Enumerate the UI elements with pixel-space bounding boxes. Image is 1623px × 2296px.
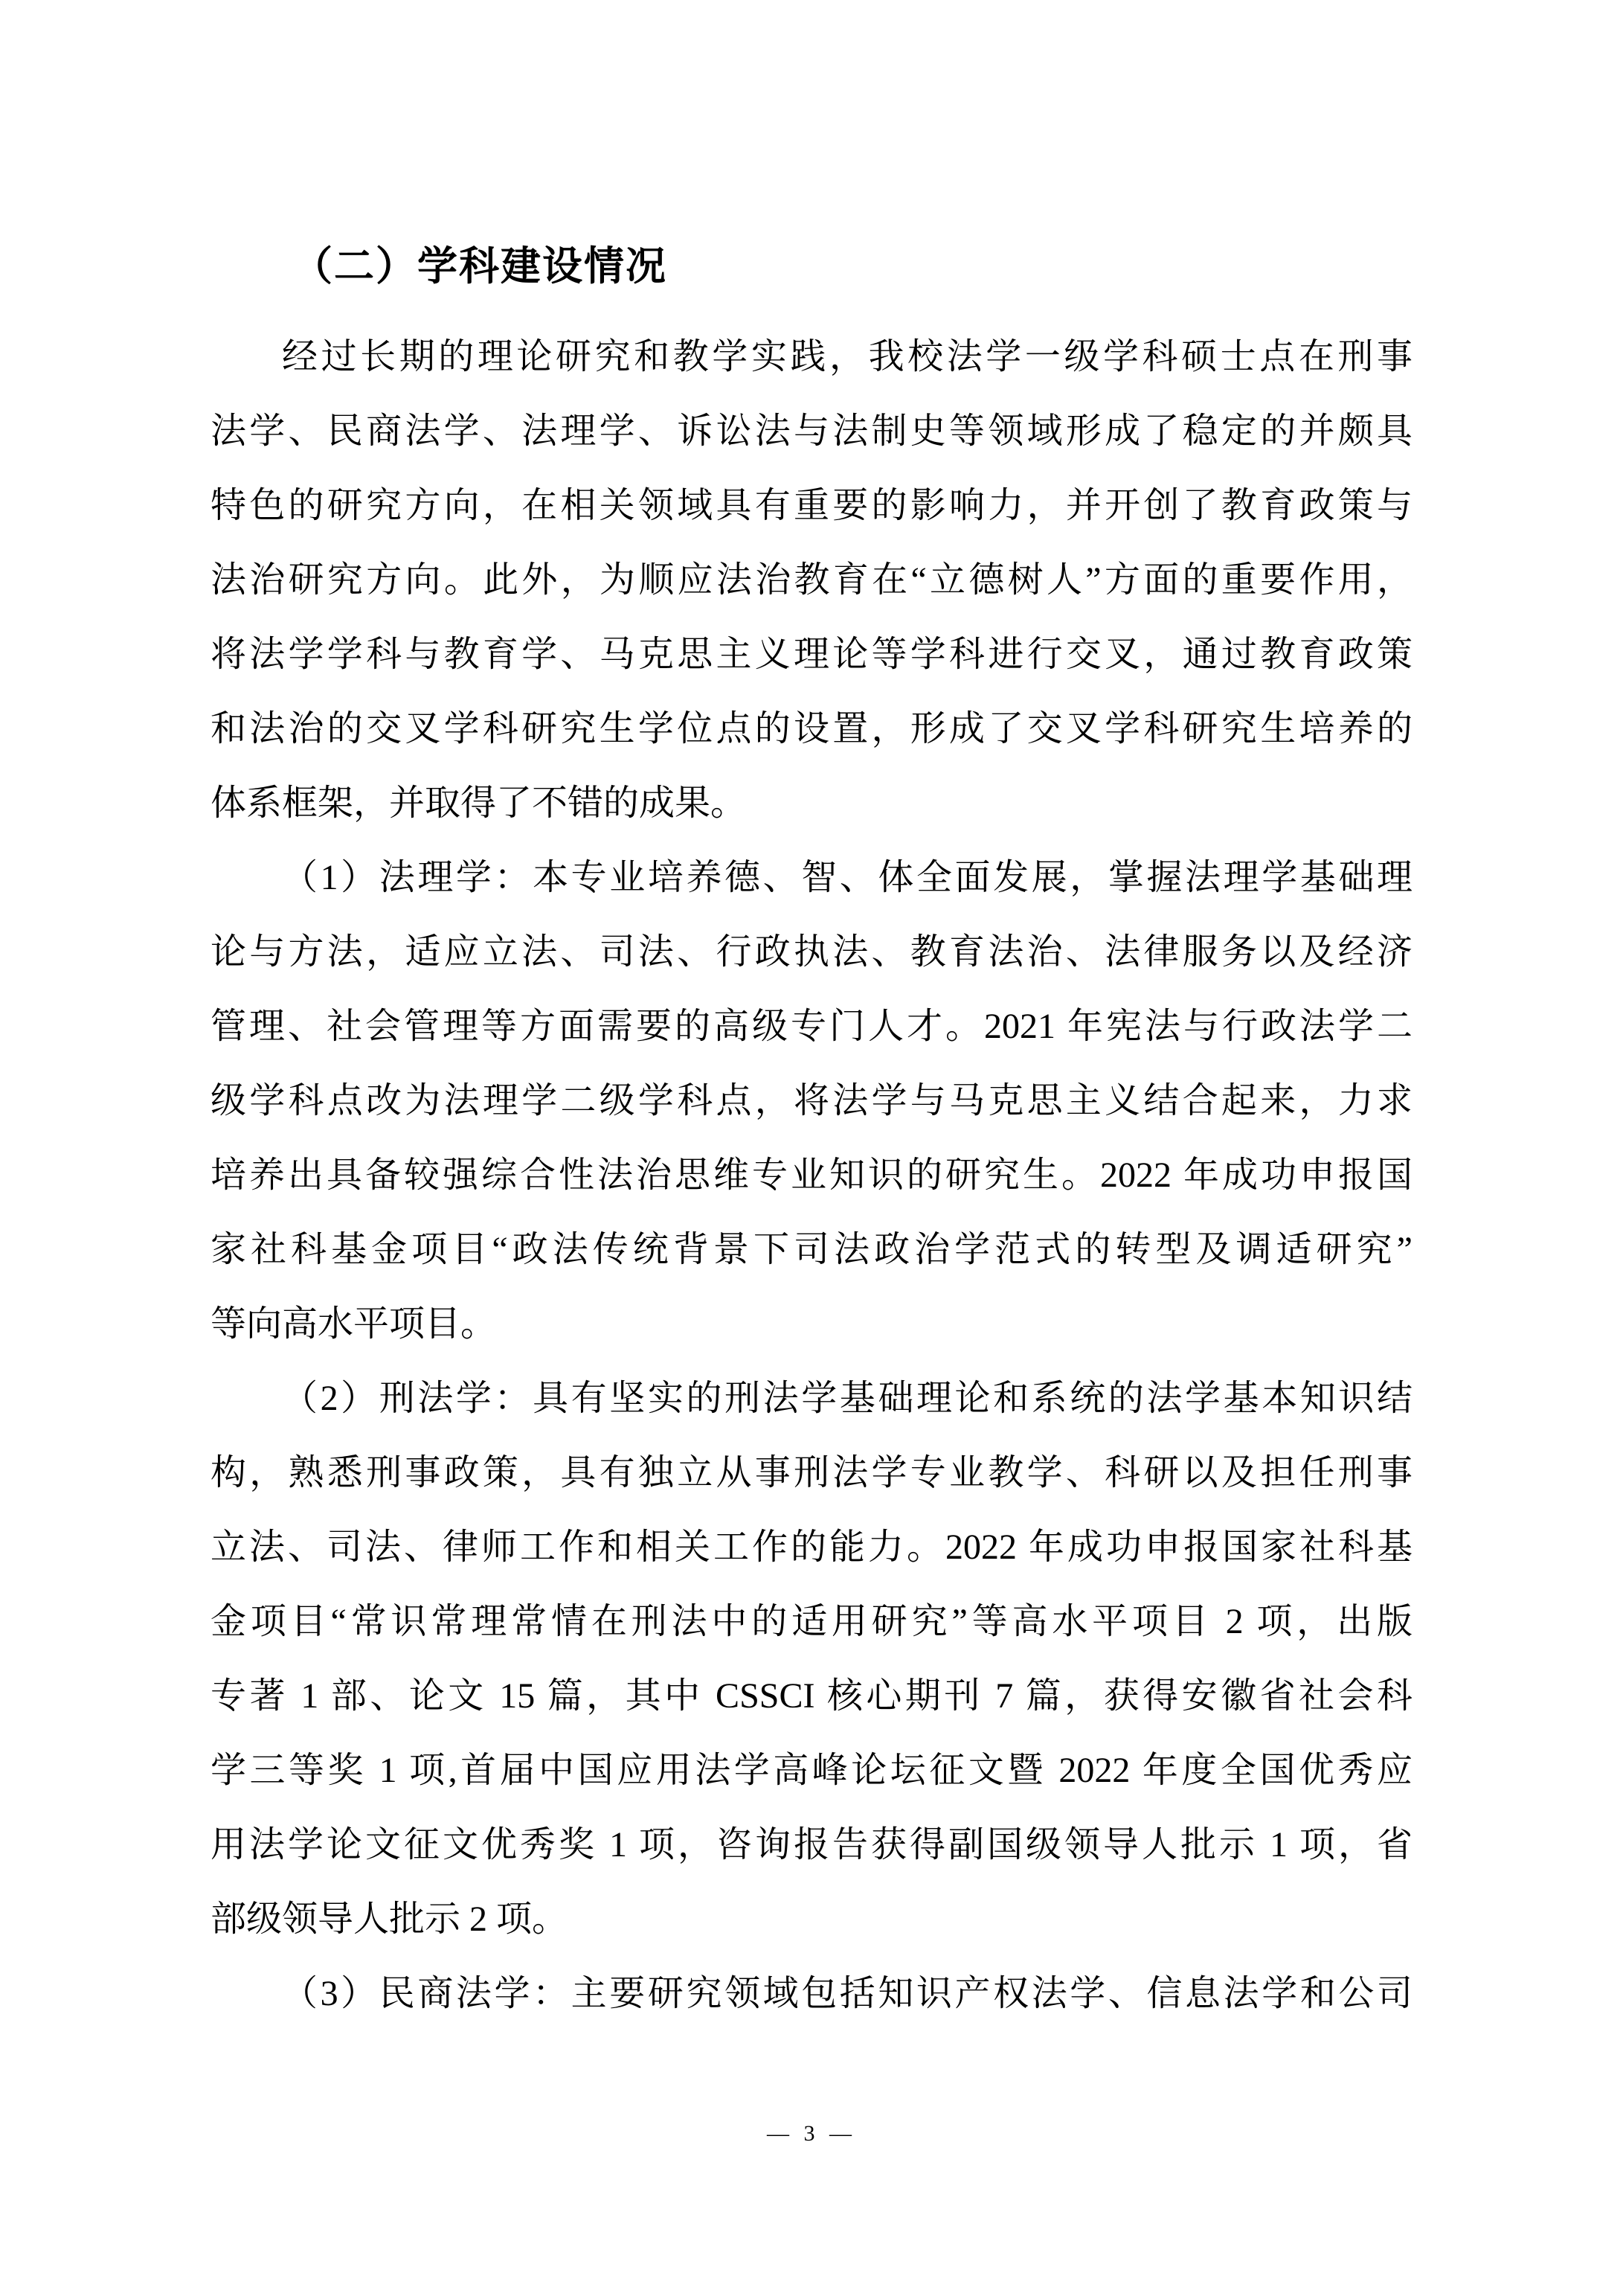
text-line: 立法、司法、律师工作和相关工作的能力。2022 年成功申报国家社科基 (210, 1510, 1413, 1585)
paragraphs: 经过长期的理论研究和教学实践，我校法学一级学科硕士点在刑事法学、民商法学、法理学… (210, 320, 1413, 2031)
text-line: 培养出具备较强综合性法治思维专业知识的研究生。2022 年成功申报国 (210, 1138, 1413, 1213)
text-line: 级学科点改为法理学二级学科点，将法学与马克思主义结合起来，力求 (210, 1064, 1413, 1138)
text-line: 学三等奖 1 项,首届中国应用法学高峰论坛征文暨 2022 年度全国优秀应 (210, 1734, 1413, 1808)
paragraph: （1）法理学：本专业培养德、智、体全面发展，掌握法理学基础理论与方法，适应立法、… (210, 841, 1413, 1362)
text-line: 用法学论文征文优秀奖 1 项，咨询报告获得副国级领导人批示 1 项，省 (210, 1808, 1413, 1882)
text-line: 构，熟悉刑事政策，具有独立从事刑法学专业教学、科研以及担任刑事 (210, 1436, 1413, 1510)
document-page: （二）学科建设情况 经过长期的理论研究和教学实践，我校法学一级学科硕士点在刑事法… (0, 0, 1623, 2296)
text-line: 法治研究方向。此外，为顺应法治教育在“立德树人”方面的重要作用， (210, 543, 1413, 618)
text-line: 论与方法，适应立法、司法、行政执法、教育法治、法律服务以及经济 (210, 915, 1413, 990)
text-line: （2）刑法学：具有坚实的刑法学基础理论和系统的法学基本知识结 (210, 1362, 1413, 1436)
text-line: 特色的研究方向，在相关领域具有重要的影响力，并开创了教育政策与 (210, 469, 1413, 543)
text-line: 法学、民商法学、法理学、诉讼法与法制史等领域形成了稳定的并颇具 (210, 394, 1413, 469)
text-line: 金项目“常识常理常情在刑法中的适用研究”等高水平项目 2 项，出版 (210, 1585, 1413, 1659)
text-line: 体系框架，并取得了不错的成果。 (210, 766, 1413, 841)
text-line: 等向高水平项目。 (210, 1287, 1413, 1362)
paragraph: 经过长期的理论研究和教学实践，我校法学一级学科硕士点在刑事法学、民商法学、法理学… (210, 320, 1413, 841)
section-heading: （二）学科建设情况 (210, 0, 1413, 304)
text-line: 将法学学科与教育学、马克思主义理论等学科进行交叉，通过教育政策 (210, 618, 1413, 692)
text-line: （3）民商法学：主要研究领域包括知识产权法学、信息法学和公司 (210, 1957, 1413, 2031)
text-line: 经过长期的理论研究和教学实践，我校法学一级学科硕士点在刑事 (210, 320, 1413, 394)
paragraph: （2）刑法学：具有坚实的刑法学基础理论和系统的法学基本知识结构，熟悉刑事政策，具… (210, 1362, 1413, 1957)
paragraph: （3）民商法学：主要研究领域包括知识产权法学、信息法学和公司 (210, 1957, 1413, 2031)
text-line: 部级领导人批示 2 项。 (210, 1882, 1413, 1957)
page-number-footer: — 3 — (0, 2120, 1623, 2147)
text-line: 管理、社会管理等方面需要的高级专门人才。2021 年宪法与行政法学二 (210, 990, 1413, 1064)
text-line: （1）法理学：本专业培养德、智、体全面发展，掌握法理学基础理 (210, 841, 1413, 915)
text-line: 和法治的交叉学科研究生学位点的设置，形成了交叉学科研究生培养的 (210, 692, 1413, 766)
text-line: 家社科基金项目“政法传统背景下司法政治学范式的转型及调适研究” (210, 1213, 1413, 1287)
text-line: 专著 1 部、论文 15 篇，其中 CSSCI 核心期刊 7 篇，获得安徽省社会… (210, 1659, 1413, 1734)
